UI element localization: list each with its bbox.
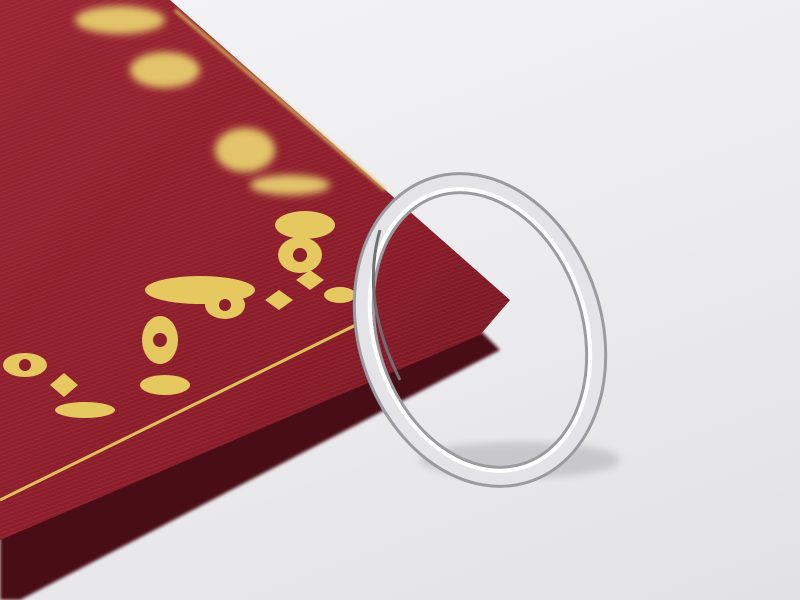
photo-scene bbox=[0, 0, 800, 600]
photo-illustration bbox=[0, 0, 800, 600]
jewelry-case bbox=[0, 0, 510, 600]
